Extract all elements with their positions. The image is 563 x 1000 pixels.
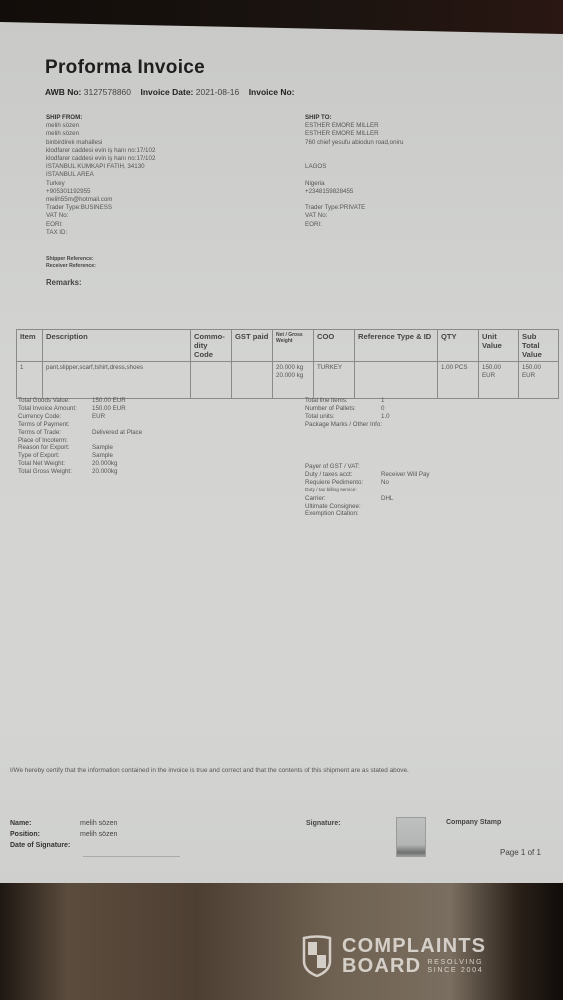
gst-info-block: Payer of GST / VAT:Duty / taxes acct:Rec… [305,463,429,518]
cell-unit-value: 150.00 EUR [479,362,519,399]
summary-field: Package Marks / Other Info: [305,421,390,429]
items-table: Item Description Commo-dity Code GST pai… [16,329,559,399]
total-field-value: Sample [92,444,113,452]
ship-to-country: Nigeria [305,180,535,188]
col-unit-value: Unit Value [479,330,519,362]
total-field: Reason for Export:Sample [18,444,142,452]
cell-subtotal: 150.00 EUR [519,362,559,399]
total-field-value: Sample [92,452,113,460]
invoice-no-label: Invoice No: [249,87,295,97]
invoice-date-value: 2021-08-16 [196,87,239,97]
ship-from-line: Turkey [46,180,276,188]
unit-value-currency: EUR [482,372,515,380]
summary-field-label: Number of Pallets: [305,405,381,413]
total-field-value: 150.00 EUR [92,397,126,405]
ship-to-address: 760 chief yesufu abiodun road,oniru [305,139,535,147]
total-field: Terms of Payment: [18,421,142,429]
total-field-label: Currency Code: [18,413,92,421]
total-field-label: Total Net Weight: [18,460,92,468]
unit-value-amount: 150.00 [482,364,515,372]
summary-field-value: 1 [381,397,384,405]
watermark-tag2: SINCE 2004 [427,966,483,974]
summary-field-label: Package Marks / Other Info: [305,421,382,429]
total-field: Total Invoice Amount:150.00 EUR [18,405,142,413]
awb-value: 3127578860 [84,87,131,97]
total-field-label: Terms of Payment: [18,421,92,429]
signature-date-line [83,856,180,857]
ship-from-line: ISTANBUL AREA [46,171,276,179]
ship-from-block: SHIP FROM: melih sözen melih sözen binbi… [46,114,276,237]
col-item: Item [17,330,43,362]
col-qty: QTY [438,330,479,362]
duty-field: Carrier:DHL [305,495,429,503]
signature-image [396,817,426,857]
certification-statement: I/We hereby certify that the information… [10,767,409,774]
ship-from-line: klodfarer caddesi evin iş hanı no:17/102 [46,155,276,163]
cell-qty: 1.00 PCS [438,362,479,399]
duty-field-label: Requiere Pedimento: [305,479,381,487]
col-reference: Reference Type & ID [355,330,438,362]
subtotal-amount: 150.00 [522,364,555,372]
ship-to-label: SHIP TO: [305,114,535,122]
duty-field-value: No [381,479,389,487]
ship-from-line: melih55m@hotmail.com [46,196,276,204]
duty-field-label: Duty / tax billing service: [305,487,381,495]
summary-field-label: Total line items: [305,397,381,405]
awb-label: AWB No: [45,87,81,97]
cell-gst [232,362,273,399]
watermark-line1: COMPLAINTS [342,936,486,956]
position-label: Position: [10,829,80,840]
invoice-date-label: Invoice Date: [140,87,193,97]
subtotal-currency: EUR [522,372,555,380]
total-field: Total Net Weight:20.000kg [18,460,142,468]
cell-reference [355,362,438,399]
total-field-label: Type of Export: [18,452,92,460]
ship-to-city: LAGOS [305,163,535,171]
duty-field-label: Duty / taxes acct: [305,471,381,479]
col-weight: Net / Gross Weight [273,330,314,362]
net-weight: 20.000 kg [276,364,310,372]
ship-to-name: ESTHER EMORE MILLER [305,122,535,130]
duty-field-label: Payer of GST / VAT: [305,463,381,471]
total-field: Currency Code:EUR [18,413,142,421]
total-field-value: 150.00 EUR [92,405,126,413]
table-header-row: Item Description Commo-dity Code GST pai… [17,330,559,362]
total-field-value: Delivered at Place [92,429,142,437]
ship-to-eori: EORI: [305,221,535,229]
ship-from-line: melih sözen [46,122,276,130]
total-field-label: Reason for Export: [18,444,92,452]
watermark-line2: BOARD [342,956,421,976]
ship-from-line: +905301192955 [46,188,276,196]
summary-field: Total line items:1 [305,397,390,405]
receiver-reference-label: Receiver Reference: [46,263,96,270]
col-coo: COO [314,330,355,362]
duty-field: Exemption Citation: [305,510,429,518]
ship-from-line: TAX ID: [46,229,276,237]
duty-field: Requiere Pedimento:No [305,479,429,487]
total-field-label: Total Gross Weight: [18,468,92,476]
summary-field: Total units:1.0 [305,413,390,421]
totals-left-block: Total Goods Value:150.00 EURTotal Invoic… [18,397,142,476]
total-field-label: Place of Incoterm: [18,437,92,445]
col-commodity-code: Commo-dity Code [191,330,232,362]
invoice-meta-line: AWB No: 3127578860 Invoice Date: 2021-08… [45,87,295,97]
ship-from-line: Trader Type:BUSINESS [46,204,276,212]
name-value: melih sözen [80,818,117,829]
complaints-board-watermark: COMPLAINTS BOARD RESOLVING SINCE 2004 [302,935,486,977]
duty-field-label: Exemption Citation: [305,510,381,518]
date-of-signature-label: Date of Signature: [10,840,80,851]
duty-field: Ultimate Consignee: [305,503,429,511]
summary-field-label: Total units: [305,413,381,421]
duty-field-label: Ultimate Consignee: [305,503,381,511]
document-title: Proforma Invoice [45,57,205,79]
cell-weight: 20.000 kg 20.000 kg [273,362,314,399]
col-subtotal: Sub Total Value [519,330,559,362]
total-field-label: Terms of Trade: [18,429,92,437]
total-field-value: EUR [92,413,105,421]
remarks-label: Remarks: [46,278,82,287]
duty-field: Duty / tax billing service: [305,487,429,495]
total-field-value: 20.000kg [92,468,117,476]
ship-to-name: ESTHER EMORE MILLER [305,130,535,138]
total-field: Terms of Trade:Delivered at Place [18,429,142,437]
total-field-value: 20.000kg [92,460,117,468]
shipper-reference-label: Shipper Reference: [46,256,96,263]
cell-description: pant,slipper,scarf,tshirt,dress,shoes [43,362,191,399]
duty-field: Duty / taxes acct:Receiver Will Pay [305,471,429,479]
total-field-label: Total Goods Value: [18,397,92,405]
total-field-label: Total Invoice Amount: [18,405,92,413]
ship-from-line: klodfarer caddesi evin iş hanı no:17/102 [46,147,276,155]
shield-icon [302,935,332,977]
ship-from-line: melih sözen [46,130,276,138]
col-gst-paid: GST paid [232,330,273,362]
ship-from-line: VAT No: [46,212,276,220]
duty-field-label: Carrier: [305,495,381,503]
duty-field-value: DHL [381,495,393,503]
page-number: Page 1 of 1 [500,848,541,857]
ship-from-line: ISTANBUL KUMKAPI FATIH, 34130 [46,163,276,171]
total-field: Type of Export:Sample [18,452,142,460]
col-description: Description [43,330,191,362]
cell-coo: TURKEY [314,362,355,399]
summary-field: Number of Pallets:0 [305,405,390,413]
ship-to-phone: +2348159828455 [305,188,535,196]
total-field: Total Goods Value:150.00 EUR [18,397,142,405]
ship-to-vat: VAT No: [305,212,535,220]
references-block: Shipper Reference: Receiver Reference: [46,256,96,270]
duty-field: Payer of GST / VAT: [305,463,429,471]
cell-commodity [191,362,232,399]
signatory-block: Name:melih sözen Position:melih sözen Da… [10,818,117,851]
ship-from-label: SHIP FROM: [46,114,276,122]
company-stamp-label: Company Stamp [446,819,501,826]
ship-from-line: binbirdirek mahallesi [46,139,276,147]
position-value: melih sözen [80,829,117,840]
table-row: 1 pant,slipper,scarf,tshirt,dress,shoes … [17,362,559,399]
cell-item: 1 [17,362,43,399]
total-field: Total Gross Weight:20.000kg [18,468,142,476]
duty-field-value: Receiver Will Pay [381,471,429,479]
summary-field-value: 0 [381,405,384,413]
name-label: Name: [10,818,80,829]
ship-to-trader-type: Trader Type:PRIVATE [305,204,535,212]
signature-label: Signature: [306,820,341,827]
gross-weight: 20.000 kg [276,372,310,380]
ship-to-block: SHIP TO: ESTHER EMORE MILLER ESTHER EMOR… [305,114,535,229]
summary-field-value: 1.0 [381,413,390,421]
ship-from-line: EORI: [46,221,276,229]
total-field: Place of Incoterm: [18,437,142,445]
totals-right-block: Total line items:1Number of Pallets:0Tot… [305,397,390,429]
